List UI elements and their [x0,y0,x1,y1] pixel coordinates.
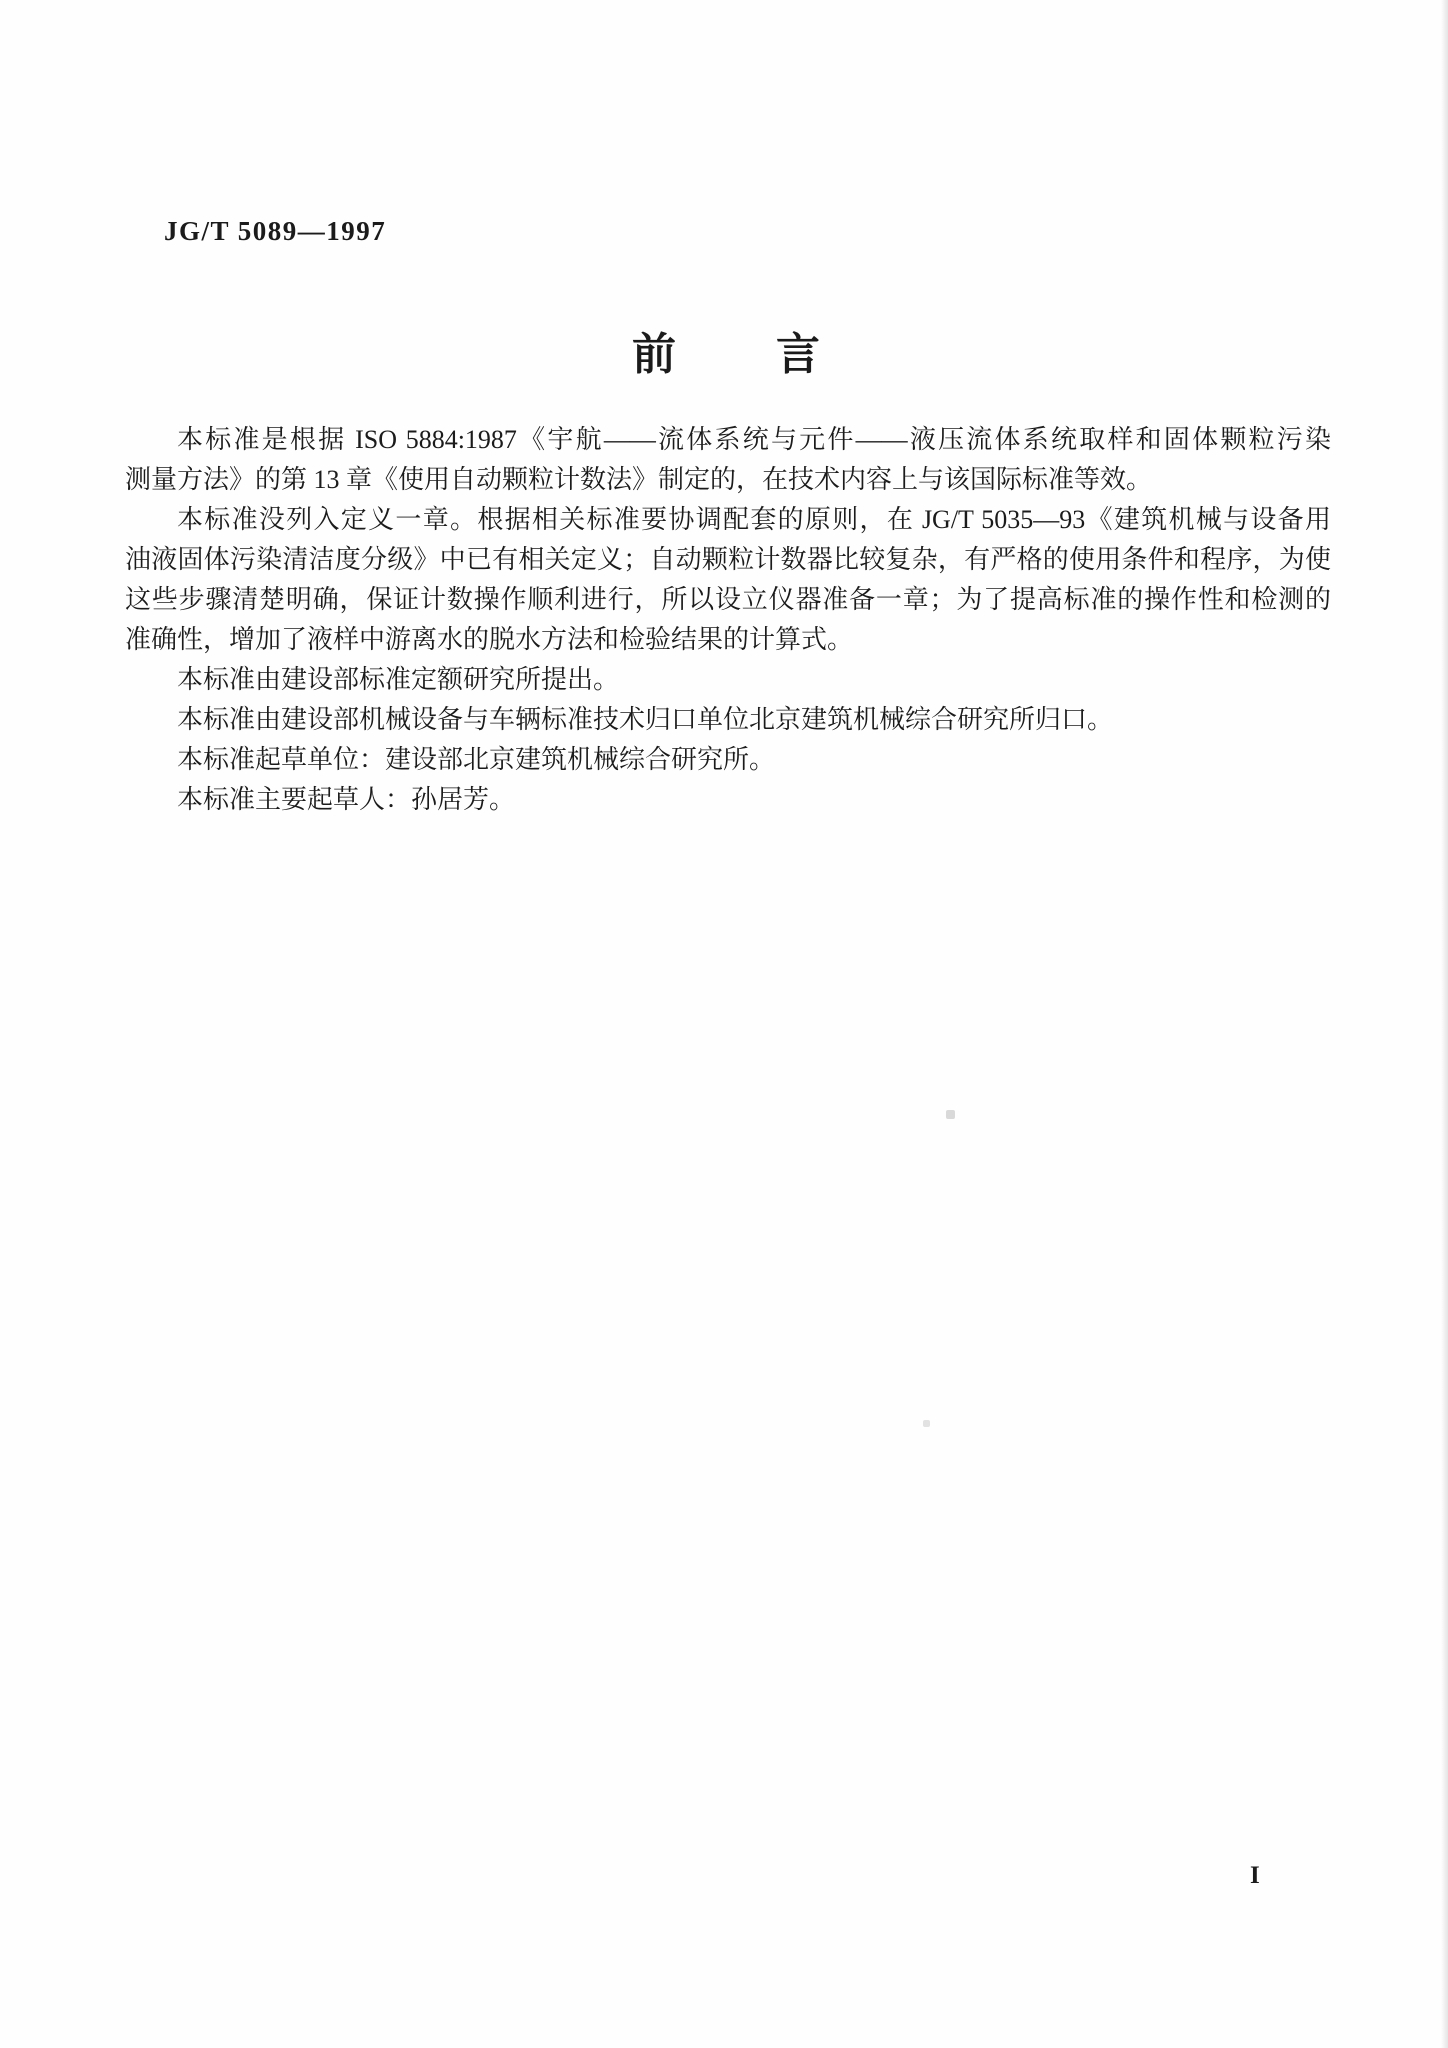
standard-code: JG/T 5089—1997 [164,216,386,247]
text-line: 准确性，增加了液样中游离水的脱水方法和检验结果的计算式。 [125,620,1331,660]
foreword-body: 本标准是根据 ISO 5884:1987《宇航——流体系统与元件——液压流体系统… [125,420,1331,820]
scan-edge-shading [1441,0,1448,2048]
text-line: 测量方法》的第 13 章《使用自动颗粒计数法》制定的，在技术内容上与该国际标准等… [125,460,1331,500]
text-line: 本标准主要起草人：孙居芳。 [125,780,1331,820]
text-line: 本标准是根据 ISO 5884:1987《宇航——流体系统与元件——液压流体系统… [125,420,1331,460]
text-line: 本标准由建设部机械设备与车辆标准技术归口单位北京建筑机械综合研究所归口。 [125,700,1331,740]
scan-speck [923,1420,930,1427]
text-line: 本标准起草单位：建设部北京建筑机械综合研究所。 [125,740,1331,780]
document-page: JG/T 5089—1997 前 言 本标准是根据 ISO 5884:1987《… [0,0,1448,2048]
text-line: 本标准由建设部标准定额研究所提出。 [125,660,1331,700]
text-line: 油液固体污染清洁度分级》中已有相关定义；自动颗粒计数器比较复杂，有严格的使用条件… [125,540,1331,580]
text-line: 本标准没列入定义一章。根据相关标准要协调配套的原则，在 JG/T 5035—93… [125,500,1331,540]
scan-speck [946,1110,955,1119]
page-number: I [1250,1862,1260,1890]
page-title: 前 言 [125,318,1331,382]
text-line: 这些步骤清楚明确，保证计数操作顺利进行，所以设立仪器准备一章；为了提高标准的操作… [125,580,1331,620]
